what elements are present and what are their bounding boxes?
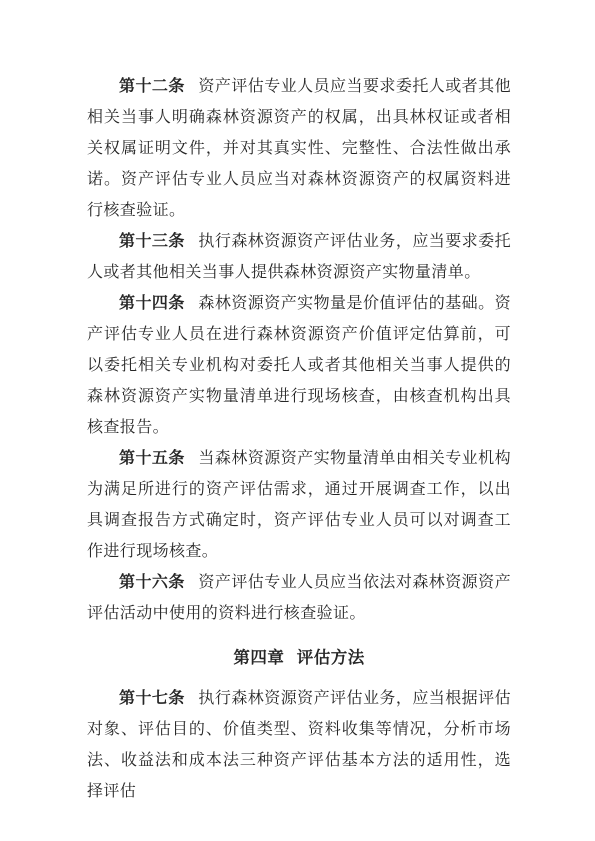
article-paragraph-16: 第十六条资产评估专业人员应当依法对森林资源资产评估活动中使用的资料进行核查验证。: [87, 567, 511, 629]
article-number: 第十三条: [119, 233, 185, 250]
article-number: 第十七条: [119, 690, 185, 707]
article-text: 资产评估专业人员应当要求委托人或者其他相关当事人明确森林资源资产的权属，出具林权…: [87, 78, 511, 219]
article-number: 第十二条: [119, 78, 185, 95]
chapter-title: 评估方法: [297, 649, 365, 667]
article-number: 第十五条: [119, 450, 185, 467]
article-paragraph-17: 第十七条执行森林资源资产评估业务，应当根据评估对象、评估目的、价值类型、资料收集…: [87, 683, 511, 807]
article-paragraph-14: 第十四条森林资源资产实物量是价值评估的基础。资产评估专业人员在进行森林资源资产价…: [87, 288, 511, 443]
article-paragraph-13: 第十三条执行森林资源资产评估业务，应当要求委托人或者其他相关当事人提供森林资源资…: [87, 226, 511, 288]
article-text: 森林资源资产实物量是价值评估的基础。资产评估专业人员在进行森林资源资产价值评定估…: [87, 295, 511, 436]
document-page: 第十二条资产评估专业人员应当要求委托人或者其他相关当事人明确森林资源资产的权属，…: [0, 0, 595, 841]
document-content: 第十二条资产评估专业人员应当要求委托人或者其他相关当事人明确森林资源资产的权属，…: [87, 71, 511, 807]
article-number: 第十四条: [119, 295, 185, 312]
chapter-number: 第四章: [233, 649, 284, 667]
article-paragraph-12: 第十二条资产评估专业人员应当要求委托人或者其他相关当事人明确森林资源资产的权属，…: [87, 71, 511, 226]
article-number: 第十六条: [119, 574, 185, 591]
article-paragraph-15: 第十五条当森林资源资产实物量清单由相关专业机构为满足所进行的资产评估需求，通过开…: [87, 443, 511, 567]
chapter-heading: 第四章评估方法: [87, 643, 511, 674]
